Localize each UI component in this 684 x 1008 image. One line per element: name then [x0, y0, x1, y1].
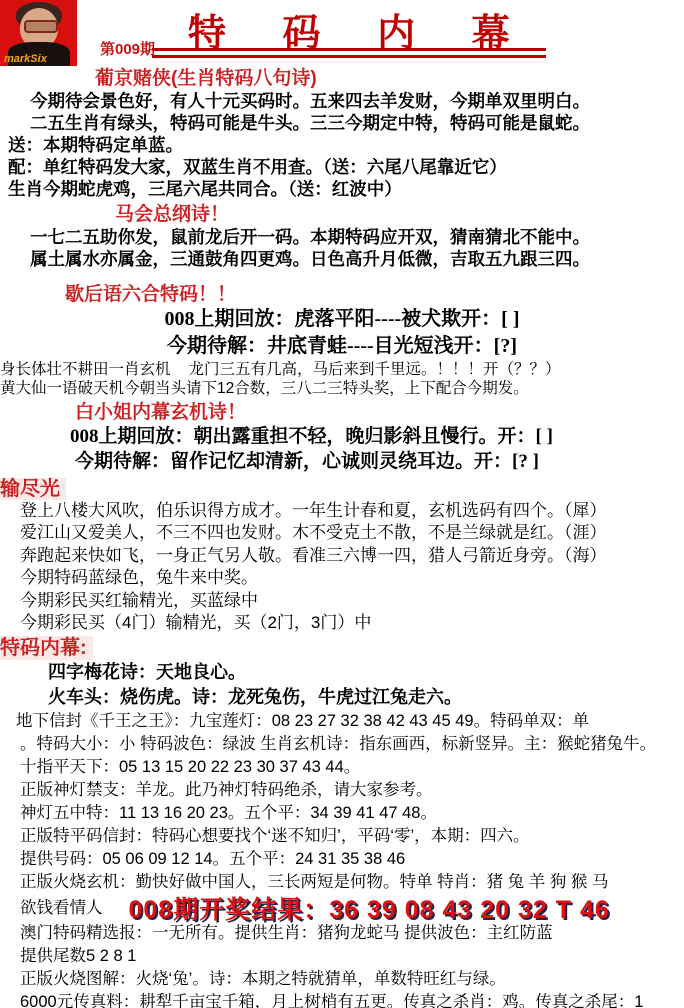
tip-line: 。特码大小：小 特码波色：绿波 生肖玄机诗：指东画西，标新竖异。主：猴蛇猪兔牛。: [20, 733, 684, 756]
tip-line: 欲钱看情人: [20, 897, 103, 920]
mystery-line: 黄大仙一语破天机今朝当头请下12合数，三八二三特头奖，上下配合今期发。: [0, 379, 684, 398]
riddle-line: 今期待解：井底青蛙----目光短浅开：[?]: [0, 333, 684, 360]
poem-line: 配：单红特码发大家，双蓝生肖不用查。（送：六尾八尾靠近它）: [8, 156, 684, 178]
tip-line: 火车头：烧伤虎。诗：龙死兔伤，牛虎过江兔走六。: [48, 685, 684, 710]
tip-line: 今期彩民买（4门）输精光，买（2门，3门）中: [20, 612, 684, 634]
tip-line: 十指平天下：05 13 15 20 22 23 30 37 43 44。: [20, 756, 684, 779]
section-heading-pujing: 葡京赌侠(生肖特码八句诗): [95, 68, 684, 90]
poem-line: 一七二五助你发，鼠前龙后开一码。本期特码应开双，猜南猜北不能中。: [30, 226, 684, 248]
section-heading-temaneimu: 特码内幕:: [0, 636, 93, 660]
issue-number: 第009期: [100, 38, 155, 59]
tip-line: 今期彩民买红输精光，买蓝绿中: [20, 590, 684, 612]
section-heading-xiehouyu: 歇后语六合特码！！: [65, 284, 684, 306]
tip-line: 爱江山又爱美人，不三不四也发财。木不受克土不散，不是兰绿就是红。（涯）: [20, 522, 684, 544]
logo-label: markSix: [4, 53, 47, 65]
draw-result: 008期开奖结果：36 39 08 43 20 32 T 46: [129, 890, 610, 926]
riddle-line: 008上期回放：朝出露重担不轻，晚归影斜且慢行。开：[ ]: [70, 424, 684, 449]
section-heading-shujinguang: 输尽光: [0, 478, 66, 500]
glasses-icon: [24, 20, 58, 33]
tip-line: 正版特平码信封：特码心想要找个‘迷不知归’，平码‘零’，本期：四六。: [20, 825, 684, 848]
tip-line: 奔跑起来快如飞，一身正气另人敬。看准三六博一四，猎人弓箭近身旁。（海）: [20, 545, 684, 567]
tip-line: 地下信封《千王之王》：九宝莲灯：08 23 27 32 38 42 43 45 …: [16, 710, 684, 733]
section-heading-mahui: 马会总纲诗！: [115, 204, 684, 226]
riddle-line: 008上期回放：虎落平阳----被犬欺开：[ ]: [0, 306, 684, 333]
section-heading-baixiaojie: 白小姐内幕玄机诗！: [75, 402, 684, 424]
tip-line: 神灯五中特：11 13 16 20 23。五个平：34 39 41 47 48。: [20, 802, 684, 825]
result-row: 欲钱看情人 008期开奖结果：36 39 08 43 20 32 T 46: [20, 894, 684, 922]
tip-line: 正版神灯禁支：羊龙。此乃神灯特码绝杀，请大家参考。: [20, 779, 684, 802]
tip-line: 提供号码：05 06 09 12 14。五个平：24 31 35 38 46: [20, 848, 684, 871]
tip-line: 正版火烧图解：火烧‘兔’。诗：本期之特就猜单，单数特旺红与绿。: [20, 968, 684, 991]
mystery-line-right: 龙门三五有几高，马后来到千里远。！！！开（？？）: [189, 361, 561, 378]
poem-line: 属土属水亦属金，三通鼓角四更鸡。日色高升月低微，吉取五九跟三四。: [30, 248, 684, 270]
poem-line: 送：本期特码定单蓝。: [8, 134, 684, 156]
poem-line: 今期待会景色好，有人十元买码时。五来四去羊发财，今期单双里明白。: [30, 90, 684, 112]
poem-line: 二五生肖有绿头，特码可能是牛头。三三今期定中特，特码可能是鼠蛇。: [30, 112, 684, 134]
mystery-line-left: 身长体壮不耕田一肖玄机: [0, 361, 171, 378]
tip-line: 提供尾数5 2 8 1: [20, 945, 684, 968]
header: markSix 第009期 特 码 内 幕: [0, 0, 684, 66]
poem-line: 生肖今期蛇虎鸡，三尾六尾共同合。（送：红波中）: [8, 178, 684, 200]
tip-line: 今期特码蓝绿色，兔牛来中奖。: [20, 567, 684, 589]
tip-line: 登上八楼大风吹，伯乐识得方成才。一年生计春和夏，玄机选码有四个。（犀）: [20, 500, 684, 522]
marksix-logo: markSix: [0, 0, 77, 66]
mystery-line: 身长体壮不耕田一肖玄机龙门三五有几高，马后来到千里远。！！！开（？？）: [0, 360, 684, 379]
riddle-line: 今期待解：留作记忆却清新，心诚则灵绕耳边。开：[? ]: [75, 449, 684, 474]
title-underline: [152, 48, 546, 58]
tip-sheet-page: markSix 第009期 特 码 内 幕 葡京赌侠(生肖特码八句诗) 今期待会…: [0, 0, 684, 1008]
tip-line: 6000元传真料：耕犁千亩宝千箱，月上树梢有五更。传真之杀肖：鸡。传真之杀尾：1: [20, 991, 684, 1008]
tip-line: 四字梅花诗：天地良心。: [48, 660, 684, 685]
